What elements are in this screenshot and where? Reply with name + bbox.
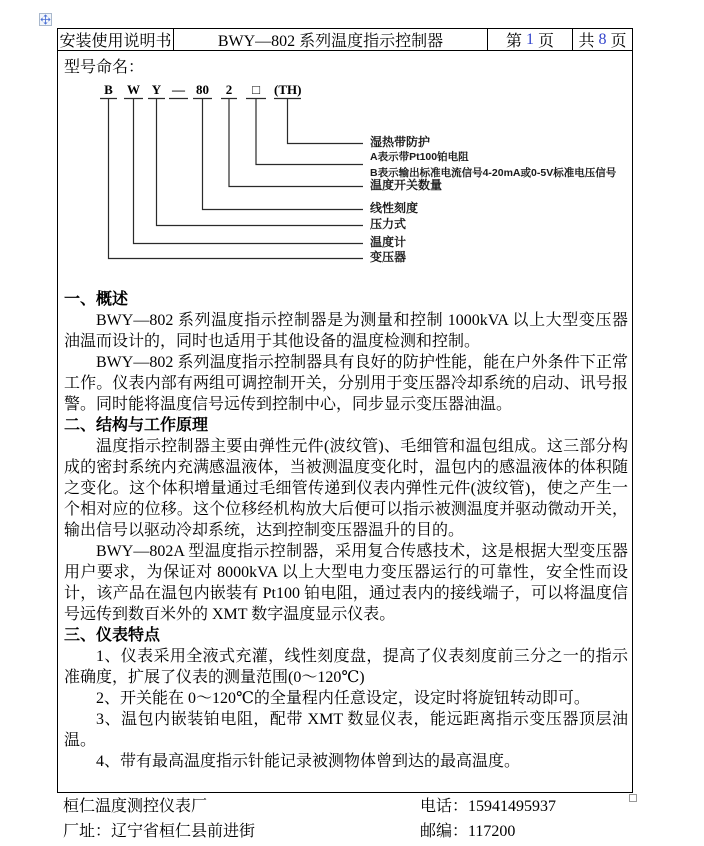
document-page: { "header": { "doc_type": "安装使用说明书", "ti… [0, 0, 704, 846]
header-page-cell: 第 1 页 [488, 29, 573, 50]
footer-row-1: 桓仁温度测控仪表厂 电话：15941495937 [57, 796, 634, 821]
code-part-box: □ [246, 81, 266, 98]
phone-number: 15941495937 [468, 798, 556, 815]
code-part-80: 80 [193, 81, 212, 98]
table-body-cell: 型号命名： B W Y — [58, 51, 632, 792]
phone-line: 电话：15941495937 [420, 796, 556, 818]
section-3-feature-3: 3、温包内嵌装铂电阻，配带 XMT 数显仪表，能远距离指示变压器顶层油温。 [64, 709, 628, 751]
header-doc-type: 安装使用说明书 [58, 29, 174, 50]
page-footer: 桓仁温度测控仪表厂 电话：15941495937 厂址：辽宁省桓仁县前进街 邮编… [57, 796, 634, 846]
zip-label: 邮编： [420, 823, 468, 840]
section-3-feature-2: 2、开关能在 0～120℃的全量程内任意设定，设定时将旋钮转动即可。 [64, 688, 628, 709]
header-total-pages-cell: 共 8 页 [573, 29, 632, 50]
header-title: BWY—802 系列温度指示控制器 [174, 29, 488, 50]
label-transformer: 变压器 [370, 251, 406, 264]
document-sections: 一、概述 BWY—802 系列温度指示控制器是为测量和控制 1000kVA 以上… [64, 289, 628, 772]
label-linear-scale: 线性刻度 [370, 202, 418, 215]
page-suffix: 页 [538, 29, 554, 50]
section-1-heading: 一、概述 [64, 289, 628, 310]
section-1-paragraph: BWY—802 系列温度指示控制器具有良好的防护性能，能在户外条件下正常工作。仪… [64, 352, 628, 415]
header-row: 安装使用说明书 BWY—802 系列温度指示控制器 第 1 页 共 8 页 [58, 29, 632, 51]
code-part-2: 2 [221, 81, 237, 98]
section-1-paragraph: BWY—802 系列温度指示控制器是为测量和控制 1000kVA 以上大型变压器… [64, 310, 628, 352]
section-2-paragraph: BWY—802A 型温度指示控制器，采用复合传感技术，这是根据大型变压器用户要求… [64, 541, 628, 625]
label-switch-count: 温度开关数量 [370, 179, 442, 192]
move-cross-icon [40, 14, 51, 25]
page-prefix: 第 [506, 29, 522, 50]
table-move-handle[interactable] [39, 13, 52, 26]
label-thermometer: 温度计 [370, 236, 406, 249]
address-value: 辽宁省桓仁县前进街 [111, 823, 255, 840]
section-3-feature-1: 1、仪表采用全液式充灌，线性刻度盘，提高了仪表刻度前三分之一的指示准确度，扩展了… [64, 646, 628, 688]
label-option-a-pt100: A表示带Pt100铂电阻 [370, 151, 469, 163]
phone-label: 电话： [420, 798, 468, 815]
code-part-TH: (TH) [274, 81, 301, 98]
address-label: 厂址： [63, 823, 111, 840]
total-number: 8 [599, 31, 607, 49]
address-line: 厂址：辽宁省桓仁县前进街 [63, 821, 255, 843]
manual-table: 安装使用说明书 BWY—802 系列温度指示控制器 第 1 页 共 8 页 型号… [57, 28, 633, 793]
total-suffix: 页 [611, 29, 627, 50]
code-part-B: B [100, 81, 117, 98]
label-pressure-type: 压力式 [370, 218, 406, 231]
code-part-Y: Y [148, 81, 165, 98]
code-part-dash: — [169, 81, 188, 98]
section-2-heading: 二、结构与工作原理 [64, 415, 628, 436]
page-number: 1 [526, 31, 534, 49]
model-naming-diagram: B W Y — 80 2 □ (TH) 湿热带防护 A表示带Pt100铂电阻 B… [58, 51, 632, 283]
section-2-paragraph: 温度指示控制器主要由弹性元件(波纹管)、毛细管和温包组成。这三部分构成的密封系统… [64, 436, 628, 541]
section-3-feature-4: 4、带有最高温度指示针能记录被测物体曾到达的最高温度。 [64, 751, 628, 772]
total-prefix: 共 [578, 29, 594, 50]
zip-line: 邮编：117200 [420, 821, 515, 843]
code-part-W: W [124, 81, 143, 98]
factory-name: 桓仁温度测控仪表厂 [63, 796, 207, 818]
section-3-heading: 三、仪表特点 [64, 625, 628, 646]
label-damp-heat-protection: 湿热带防护 [370, 136, 430, 149]
footer-row-2: 厂址：辽宁省桓仁县前进街 邮编：117200 [57, 821, 634, 846]
zip-value: 117200 [468, 823, 515, 840]
